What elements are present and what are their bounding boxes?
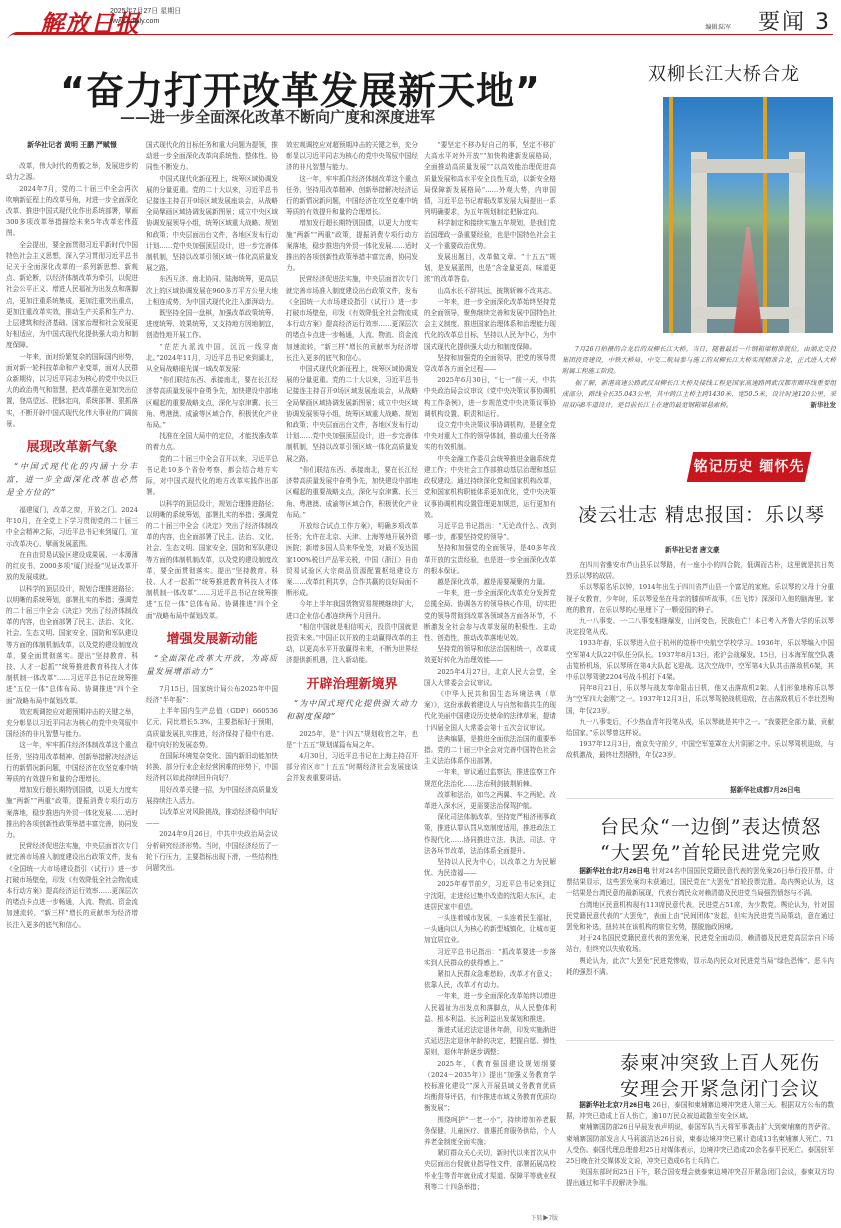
section-name: 要闻	[758, 10, 806, 35]
crane-shape	[763, 97, 767, 333]
photo-credit: 新华社发	[798, 400, 836, 411]
paragraph: 这一年，牢牢抓住经济体制改革这个重点任务，坚持用改革精神、创新举措解决经济运行的…	[6, 740, 138, 785]
issue-date: 2025年7月27日 星期日	[110, 7, 181, 17]
paragraph: 7月15日，国家统计局公布2025年中国经济“半年报”：	[146, 684, 278, 706]
paragraph: 效宏观调控应对超预期冲击的关键之举，充分彰显以习近平同志为核心的党中央驾驭中国经…	[6, 707, 138, 741]
masthead-meta: 2025年7月27日 星期日 www.jfdaily.com	[110, 7, 181, 27]
paragraph: 据新华社北京7月26日电 26日，泰国和柬埔寨边境冲突进入第三天。根据双方公布的…	[566, 1100, 834, 1122]
paragraph: 既坚持全国一盘棋，加强改革政策统筹、进度统筹、效果统筹，又支持地方因地制宜，创造…	[146, 308, 278, 342]
banner-label: 铭记历史 缅怀先烈	[690, 455, 808, 503]
paragraph: 坚持和加强党的全面领导，是40多年改革开放的宝贵经验，也是进一步全面深化改革的根…	[424, 543, 556, 577]
dateline: 据新华社北京7月26日电	[579, 1102, 650, 1109]
paragraph: 民营经济促进法实施，中央层面首次专门就完善市场准入制度建设出台政策文件，发布《全…	[286, 274, 418, 364]
paragraph: 越是深化改革，越是需要凝聚的力量。	[424, 577, 556, 588]
paragraph: “要坚定不移办好自己的事，坚定不移扩大高水平对外开放”“加快构建新发展格局，全面…	[424, 140, 556, 218]
taiwan-title-line-1: 台民众“一边倒”表达愤怒	[600, 812, 821, 839]
editor-credit: 编辑:陆军	[705, 22, 731, 31]
paragraph: 找准在全国大局中的定位，才能找准改革的着力点。	[146, 431, 278, 453]
paragraph: 以科学的顶层设计，规划合理推进路径；以明晰的系统筹划，部署扎实的举措；强调党的二…	[146, 499, 278, 622]
paragraph: 一年来，进一步全面深化改革始终以增进人民福祉为出发点和落脚点，从人民整体利益、根…	[424, 991, 556, 1025]
paragraph: 效宏观调控应对超预期冲击的关键之举，充分彰显以习近平同志为核心的党中央驾驭中国经…	[286, 140, 418, 174]
paragraph: 山高水长不辞其远，披荆斩棘不改其志。	[424, 286, 556, 297]
paragraph: “相信中国就是相信明天，投资中国就是投资未来。”中国正以开放的主动赢得改革的主动…	[286, 622, 418, 667]
section-heading-1: 展现改革新气象	[6, 438, 138, 458]
divider	[566, 798, 834, 799]
thai-body: 据新华社北京7月26日电 26日，泰国和柬埔寨边境冲突进入第三天。根据双方公布的…	[566, 1100, 834, 1226]
paragraph: 柬埔寨国防部26日早晨发表声明说，泰国军队当天将军事袭击扩大到柬埔寨的菩萨省。柬…	[566, 1122, 834, 1167]
paragraph: 一年来，审议通过监察法，推进监察工作规范化法治化……法治利剑披荆斩棘。	[424, 767, 556, 789]
paragraph: 坚持党的领导和依法治国相统一，改革成效更好转化为治理效能——	[424, 644, 556, 666]
continued-on-page-link[interactable]: 下转▶7版	[531, 1213, 558, 1222]
paragraph: 《中华人民共和国生态环境法典（草案）》，这份承载着建设人与自然和谐共生的现代化美…	[424, 689, 556, 734]
paragraph: 紧盯群众关心关切，新时代以来首次从中央层面出台促就业指导性文件，部署拓展高校毕业…	[424, 1148, 556, 1193]
paragraph: 习近平总书记指出：“无论改什么、改到哪一步，都要坚持党的领导”。	[424, 521, 556, 543]
paragraph: 设立党中央决策议事协调机构，是健全党中央对重大工作的领导体制，推动重大任务落实的…	[424, 420, 556, 454]
paragraph: 一年来，进一步全面深化改革充分发挥党总揽全局、协调各方的领导核心作用，切实把党的…	[424, 588, 556, 644]
paragraph: 1937年12月3日，南京失守前夕，中国空军笼罩在大片阴影之中。乐以琴驾机迎敌，…	[566, 739, 834, 761]
paragraph: 2025年6月30日，“七一”前一天，中共中央政治局会议审议《党中央决策议事协调…	[424, 375, 556, 420]
paragraph: 围绕呵护“一老一小”，持续增加养老服务保健、儿童医疗、普惠托育服务供给，个人养老…	[424, 1115, 556, 1149]
paragraph: 据新华社台北7月26日电 针对24名中国国民党籍民意代表的罢免案26日举行投开票…	[566, 866, 834, 900]
paragraph: 2024年7月，党的二十届三中全会再次吹响新征程上的改革号角，对进一步全面深化改…	[6, 184, 138, 240]
paragraph: 乐以琴原名乐以钟，1914年出生于四川省芦山县一个富足的家庭。乐以琴的父母十分重…	[566, 582, 834, 616]
paragraph: 美国东部时间25日下午，联合国安理会就泰柬边境冲突召开紧急闭门会议，泰柬双方均提…	[566, 1167, 834, 1189]
paragraph: 在四川省雅安市芦山县乐以琴路，有一座小小的四合院，低调而古朴，这里就是抗日英烈乐…	[566, 560, 834, 582]
section-heading-3: 开辟治理新境界	[286, 675, 418, 695]
photo-caption: 7月26日拍摄的合龙后的双柳长江大桥。当日，随着最后一片钢箱梁精准就位，由湖北交…	[562, 344, 836, 411]
caption-text: 7月26日拍摄的合龙后的双柳长江大桥。当日，随着最后一片钢箱梁精准就位，由湖北交…	[562, 344, 836, 378]
profile-byline: 新华社记者 唐文豪	[665, 544, 720, 554]
paragraph: 改革和法治，如鸟之两翼、车之两轮。改革进入深水区，更需要法治保驾护航。	[424, 790, 556, 812]
dateline: 据新华社台北7月26日电	[579, 868, 650, 875]
paragraph: 2024年9月26日，中共中央政治局会议分析研究经济形势。当时，中国经济经历了一…	[146, 829, 278, 874]
lead-column-1: 新华社记者 黄明 王鹏 严赋憬 改革，伟大时代的勇毅之举，发展进步的动力之源。 …	[6, 140, 138, 1220]
lead-column-3: 效宏观调控应对超预期冲击的关键之举，充分彰显以习近平同志为核心的党中央驾驭中国经…	[286, 140, 418, 1220]
paragraph: 渐进式延迟法定退休年龄，印发实施渐进式延迟法定退休年龄的决定，把握自愿、弹性原则…	[424, 1025, 556, 1059]
paragraph: 九一八事变、一·二八事变相继爆发，山河变色，民族危亡！本已考入齐鲁大学的乐以琴决…	[566, 616, 834, 638]
paragraph: 法典编纂，是推进全面依法治国的重要举措。党的二十届三中全会对完善中国特色社会主义…	[424, 734, 556, 768]
paragraph: 1933年春，乐以琴进入位于杭州的笕桥中央航空学校学习。1936年，乐以琴编入中…	[566, 638, 834, 683]
section-quote-3: “为中国式现代化提供强大动力和制度保障”	[286, 697, 418, 723]
caption-text-2: 据了解，新港高速公路武汉双柳长江大桥及接线工程是国家高速路网武汉都市圈环线重要组…	[562, 378, 836, 412]
bridge-crossbeam	[691, 159, 805, 173]
paragraph: 深化司法体制改革，坚持宽严相济刑事政策，推进认罪认罚从宽制度适用，推进政法工作现…	[424, 812, 556, 857]
paragraph: 民营经济促进法实施，中央层面首次专门就完善市场准入制度建设出台政策文件，发布《全…	[6, 841, 138, 931]
paragraph: 以改革应对风险挑战，推动经济稳中向好——	[146, 807, 278, 829]
paragraph: 同年8月21日，乐以琴与战友奉命阻击日机，他又击落敌机2架。人们形象地称乐以琴为…	[566, 683, 834, 717]
paragraph: “你们联结东西、承接南北，要在长江经济带高质量发展中奋勇争先，加快建设中部地区崛…	[286, 465, 418, 521]
paragraph: 增加发行超长期特别国债，以更大力度实施“两新”“两重”政策，提振消费专项行动方案…	[6, 785, 138, 841]
section-quote-2: “全面深化改革大开放，为高质量发展增添动力”	[146, 652, 278, 678]
paragraph: 开放综合试点工作方案》，明确多项改革任务；允许在北京、天津、上海等地开展外资医院…	[286, 521, 418, 599]
paragraph: 4月30日，习近平总书记在上海主持召开部分省区市“十五五”时期经济社会发展座谈会…	[286, 751, 418, 785]
section-quote-1: “中国式现代化的内涵十分丰富，进一步全面深化改革也必然是全方位的”	[6, 460, 138, 499]
paragraph: 用好改革关键一招，为中国经济高质量发展持续注入活力。	[146, 785, 278, 807]
bridge-tower-right	[789, 152, 805, 333]
paragraph: 舆论认为，此次“大罢免”民进党惨败，显示岛内民众对民进党当局“绿色恐怖”、恶斗内…	[566, 956, 834, 978]
paragraph: 上半年国内生产总值（GDP）660536亿元，同比增长5.3%，主要指标好于预期…	[146, 706, 278, 751]
section-label: 要闻 3	[758, 5, 831, 36]
taiwan-title-line-2: “大罢免”首轮民进党完败	[600, 838, 821, 865]
section-heading-2: 增强发展新动能	[146, 630, 278, 650]
paragraph: 改革，伟大时代的勇毅之举，发展进步的动力之源。	[6, 161, 138, 183]
paragraph: 中国式现代化新征程上，统筹区域协调发展的分量更重。党的二十大以来，习近平总书记接…	[286, 364, 418, 465]
paragraph: “茫茫九派流中国，沉沉一线穿南北。”2024年11月，习近平总书记来到湖北，从全…	[146, 342, 278, 376]
paragraph: 党的二十届三中全会召开以来，习近平总书记赴10多个省份考察，都会结合地方实际，对…	[146, 454, 278, 499]
bridge-tower-left	[691, 152, 707, 333]
paragraph: 紧扣人民群众急难愁盼，改革才有意义；依靠人民，改革才有动力。	[424, 969, 556, 991]
masthead-divider	[14, 34, 833, 35]
paragraph: 对于24名国民党籍民意代表的罢免案，民进党全面动员，赖清德及民进党高层亲自下场站…	[566, 933, 834, 955]
paragraph: 坚持以人民为中心，以改革之力为民解忧、为民造福——	[424, 857, 556, 879]
crane-shape	[669, 97, 673, 333]
paragraph: 以科学的顶层设计，规划合理推进路径；以明晰的系统筹划，部署扎实的举措；强调党的二…	[6, 584, 138, 707]
paragraph: 全会提出，要全面贯彻习近平新时代中国特色社会主义思想，深入学习贯彻习近平总书记关…	[6, 240, 138, 352]
thai-title-line-2: 安理会开紧急闭门会议	[620, 1074, 820, 1101]
page-number: 3	[815, 10, 831, 35]
paragraph: 科学制定和接续实施五年规划，是我们党治国理政一条重要经验，也是中国特色社会主义一…	[424, 218, 556, 252]
paragraph: 增加发行超长期特别国债，以更大力度实施“两新”“两重”政策，提振消费专项行动方案…	[286, 218, 418, 274]
paragraph: 中国式现代化新征程上，统筹区域协调发展的分量更重。党的二十大以来，习近平总书记接…	[146, 174, 278, 275]
caption-detail: 据了解，新港高速公路武汉双柳长江大桥及接线工程是国家高速路网武汉都市圈环线重要组…	[562, 379, 836, 409]
paragraph: 在国际环境复杂变化、国内新旧动能加快转换、部分行业企业经营困难的形势下，中国经济…	[146, 751, 278, 785]
divider	[566, 1040, 834, 1041]
paragraph: 发展出题目，改革做文章。“十五五”规划，是发展蓝图，也是“含金量更高、味道更浓”…	[424, 252, 556, 286]
paragraph: 一年来，面对纷繁复杂的国际国内形势，面对新一轮科技革命和产业变革，面对人民群众新…	[6, 352, 138, 430]
lead-column-2: 国式现代化的目标任务和重大问题为提领，推动进一步全面深化改革向系统性、整体性、协…	[146, 140, 278, 1220]
thai-title-line-1: 泰柬冲突致上百人死伤	[620, 1048, 820, 1075]
paragraph: “你们联结东西、承接南北，要在长江经济带高质量发展中奋勇争先，加快建设中部地区崛…	[146, 375, 278, 431]
profile-body: 在四川省雅安市芦山县乐以琴路，有一座小小的四合院，低调而古朴，这里就是抗日英烈乐…	[566, 560, 834, 782]
lead-subheadline: ——进一步全面深化改革不断向广度和深度进军	[120, 106, 550, 127]
taiwan-body: 据新华社台北7月26日电 针对24名中国国民党籍民意代表的罢免案26日举行投开票…	[566, 866, 834, 1016]
paragraph: 中央金融工作委员会统筹推进金融系统党建工作；中央社会工作部推动基层治理和基层政权…	[424, 454, 556, 521]
paragraph: 国式现代化的目标任务和重大问题为提领，推动进一步全面深化改革向系统性、整体性、协…	[146, 140, 278, 174]
bridge-deck	[733, 227, 763, 333]
paragraph: 福建厦门，改革之窗，开放之门。2024年10月，在全党上下学习贯彻党的二十届三中…	[6, 505, 138, 550]
bridge-photo	[663, 97, 833, 333]
paragraph: 在自由贸易试验区建设成果展、一本薄薄的红皮书，2000多项“厦门经验”见证改革开…	[6, 550, 138, 584]
paragraph: 2025年春节前夕，习近平总书记来到辽宁沈阳，走进经过集中改造的沈阳大东区，走进…	[424, 879, 556, 913]
masthead: 解放日报 2025年7月27日 星期日 www.jfdaily.com 编辑:陆…	[0, 0, 841, 38]
paragraph: 坚持和加强党的全面领导，把党的领导贯穿改革各方面全过程——	[424, 353, 556, 375]
paragraph: 2025年，《教育强国建设规划纲要（2024－2035年）》提出“加强义务教育学…	[424, 1059, 556, 1115]
lead-byline: 新华社记者 黄明 王鹏 严赋憬	[6, 140, 138, 151]
paragraph: 这一年，牢牢抓住经济体制改革这个重点任务，坚持用改革精神、创新举措解决经济运行的…	[286, 174, 418, 219]
paragraph: 2025年，是“十四五”规划收官之年，也是“十五五”规划谋篇布局之年。	[286, 729, 418, 751]
profile-title: 凌云壮志 精忠报国：乐以琴	[578, 500, 825, 527]
paragraph: 东西互济、南北协同、陆海统筹，更高层次上的区域协调发展在960多万平方公里大地上…	[146, 274, 278, 308]
paragraph: 2025年4月27日，北京人民大会堂，全国人大常委会会议审议。	[424, 667, 556, 689]
paragraph: 今年上半年我国货物贸易规模继续扩大，进口企业信心都连续两个月回升。	[286, 599, 418, 621]
profile-dateline: 据新华社成都7月26日电	[730, 784, 800, 794]
paragraph: 九一八事变后，不少热血青年投笔从戎，乐以琴就是其中之一。“我要把全部力量，贡献给…	[566, 717, 834, 739]
paragraph: 一年来，进一步全面深化改革始终坚持党的全面领导，聚焦继续完善和发展中国特色社会主…	[424, 297, 556, 353]
lead-column-4: “要坚定不移办好自己的事，坚定不移扩大高水平对外开放”“加快构建新发展格局，全面…	[424, 140, 556, 1210]
photo-story-title: 双柳长江大桥合龙	[648, 60, 800, 86]
paragraph: 习近平总书记指出：“抓改革要进一步落实到人民群众的获得感上。”	[424, 947, 556, 969]
paragraph: 台湾地区民意机构现有113席民意代表，民进党占51席，为少数党。舆论认为，针对国…	[566, 900, 834, 934]
website-link[interactable]: www.jfdaily.com	[110, 17, 181, 27]
paragraph: 一头连着城市发展，一头连着民生福祉，一头通向以人为核心的新型城镇化，让城市更加宜…	[424, 913, 556, 947]
